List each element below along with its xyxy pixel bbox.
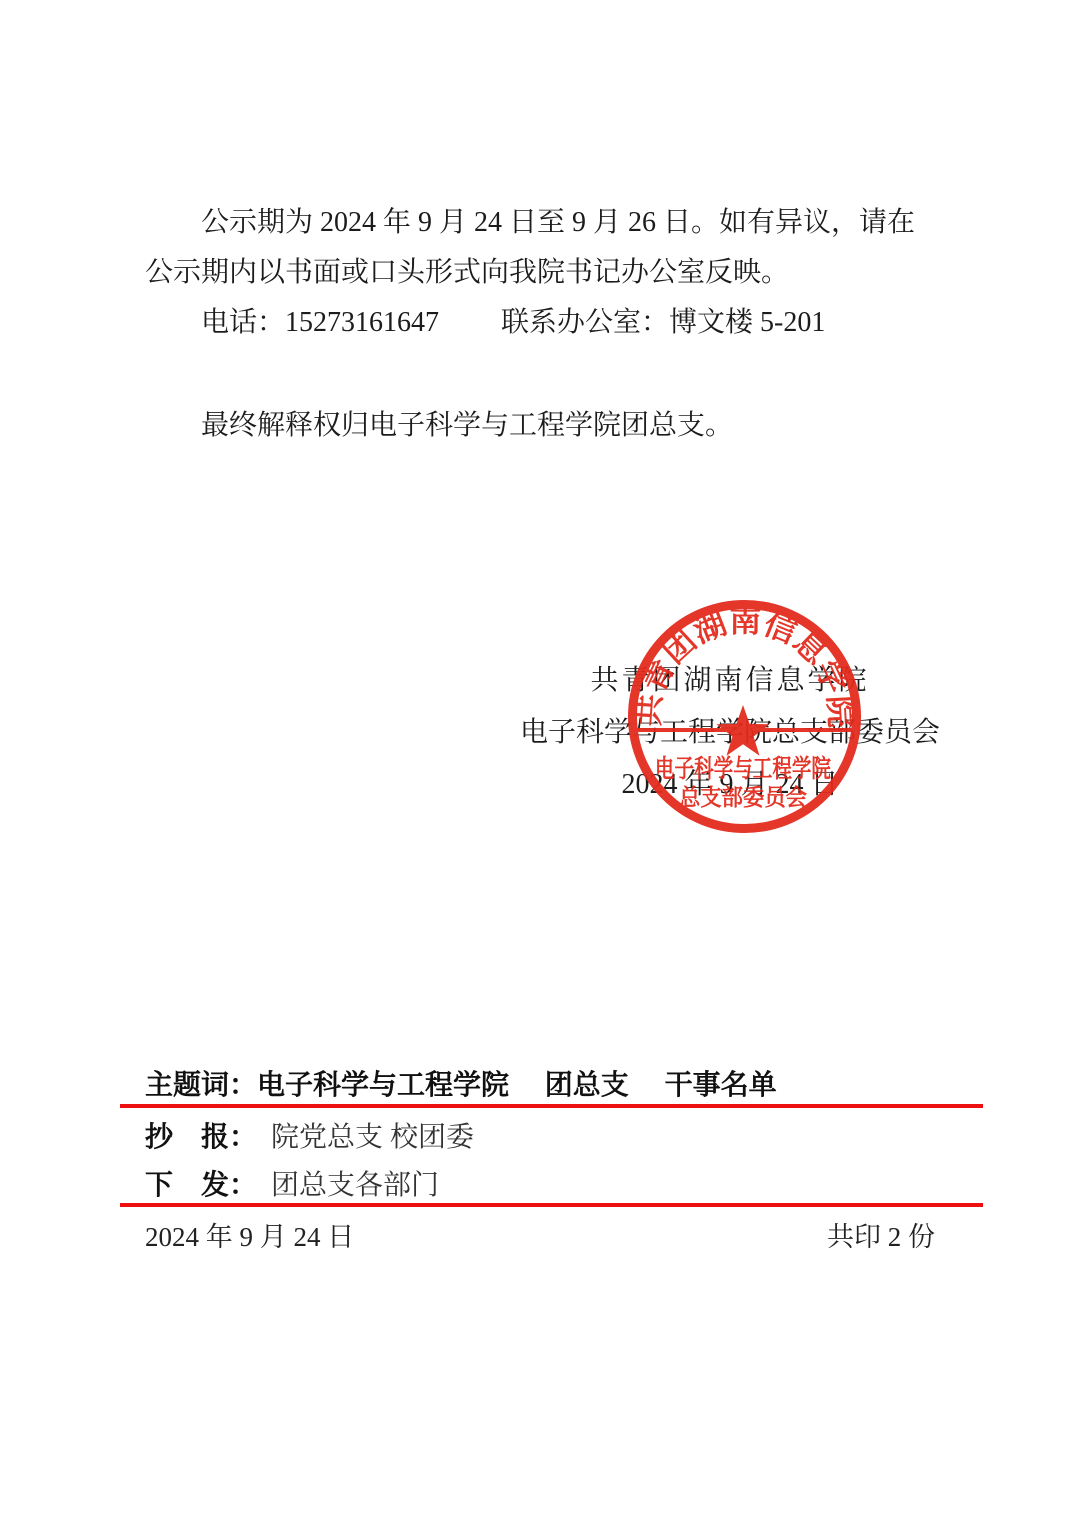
keywords-label: 主题词： [145,1069,257,1100]
office-value: 博文楼 5-201 [669,307,825,338]
notice-body: 公示期为 2024 年 9 月 24 日至 9 月 26 日。如有异议，请在 公… [145,198,945,451]
notice-paragraph-line2: 公示期内以书面或口头形式向我院书记办公室反映。 [145,248,945,298]
disclaimer-line: 最终解释权归电子科学与工程学院团总支。 [145,401,945,451]
official-seal: 共青团湖南信息学院 电子科学与工程学院 总支部委员会 [621,593,871,843]
print-count: 共印 2 份 [827,1221,935,1253]
keywords-value: 电子科学与工程学院 团总支 干事名单 [257,1069,777,1100]
print-info-line: 2024 年 9 月 24 日 共印 2 份 [145,1221,935,1253]
document-page: 公示期为 2024 年 9 月 24 日至 9 月 26 日。如有异议，请在 公… [0,0,1080,1527]
print-date: 2024 年 9 月 24 日 [145,1221,354,1253]
seal-inner-line2: 总支部委员会 [679,784,807,810]
red-rule-top [120,1104,983,1108]
seal-star-icon [716,705,769,756]
phone-label: 电话： [201,307,285,338]
copy-to-value: 院党总支 校团委 [271,1122,474,1153]
issue-to-value: 团总支各部门 [271,1170,439,1201]
notice-paragraph-line1: 公示期为 2024 年 9 月 24 日至 9 月 26 日。如有异议，请在 [145,198,945,248]
contact-line: 电话：15273161647联系办公室：博文楼 5-201 [145,298,945,348]
office-label: 联系办公室： [501,307,669,338]
issue-to-label: 下 发： [145,1169,257,1200]
red-rule-bottom [120,1203,983,1207]
keywords-line: 主题词：电子科学与工程学院 团总支 干事名单 [145,1068,777,1102]
phone-number: 15273161647 [285,307,439,338]
seal-inner-line1: 电子科学与工程学院 [655,754,831,783]
copy-to-label: 抄 报： [145,1121,257,1152]
copy-to-line: 抄 报：院党总支 校团委 [145,1120,474,1155]
issue-to-line: 下 发：团总支各部门 [145,1168,439,1203]
